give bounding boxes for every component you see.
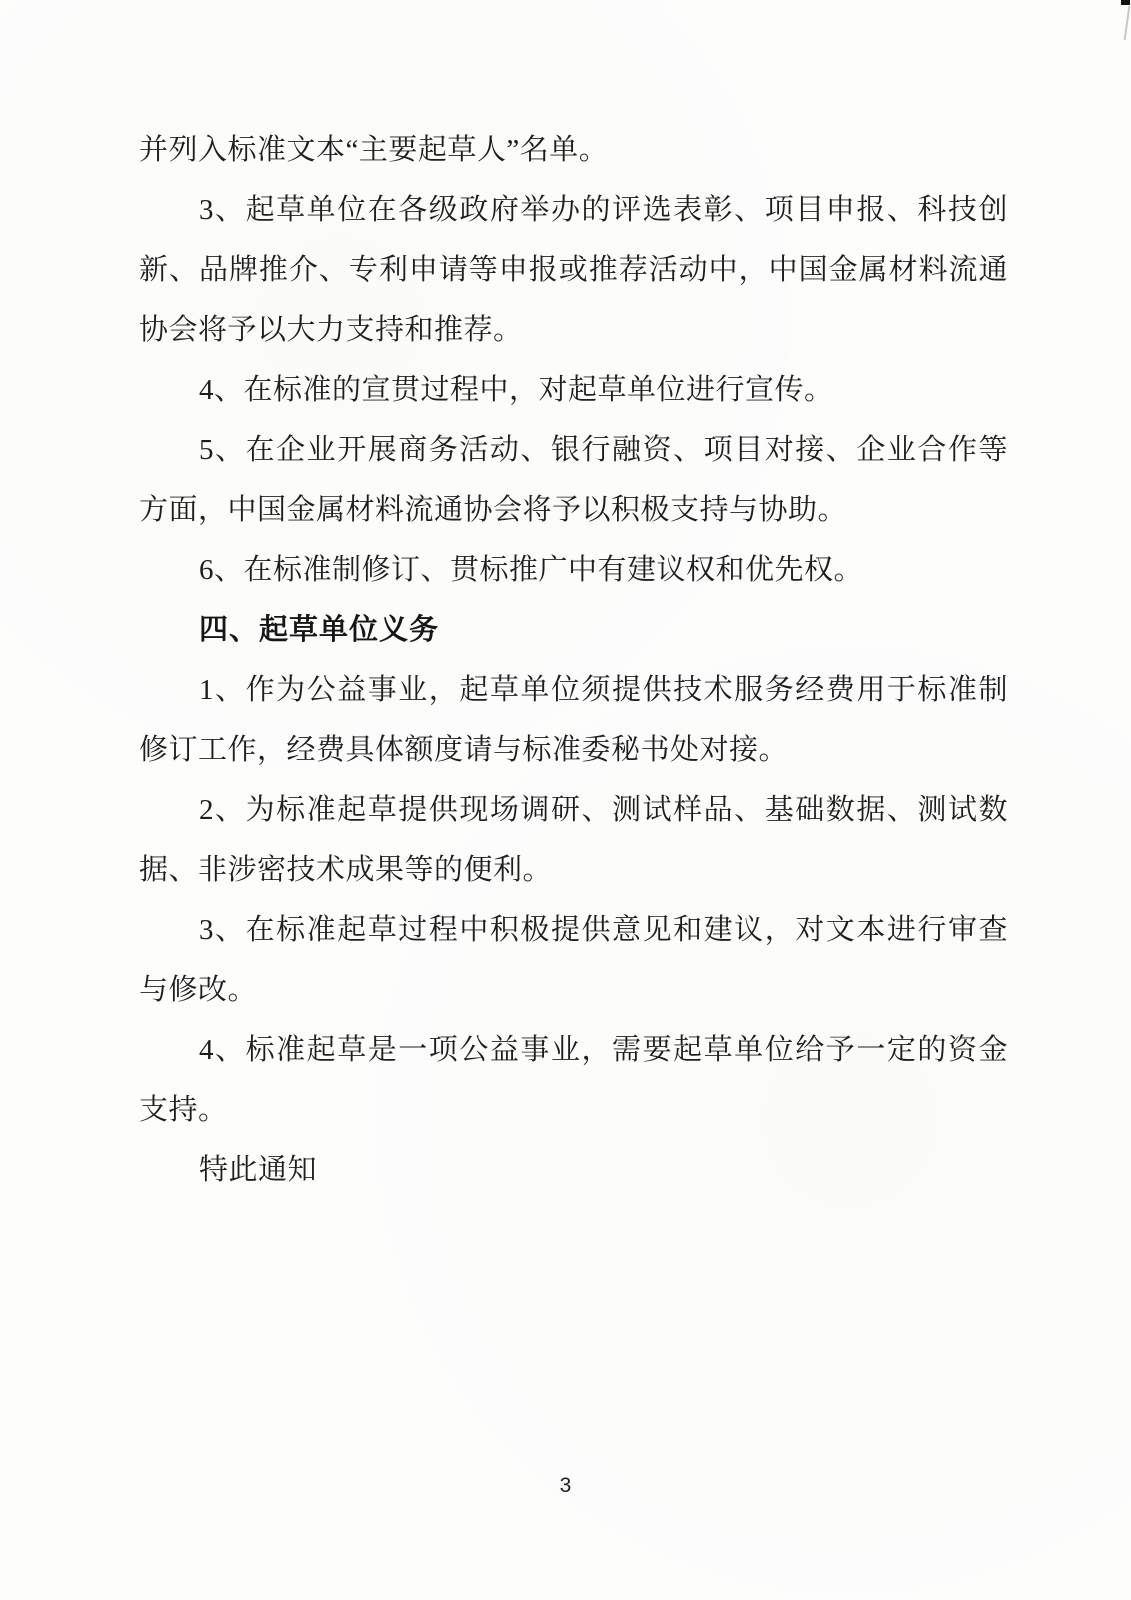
text-line: 1、作为公益事业，起草单位须提供技术服务经费用于标准制 [139, 660, 1008, 720]
text-line: 6、在标准制修订、贯标推广中有建议权和优先权。 [139, 540, 1008, 600]
text-line: 修订工作，经费具体额度请与标准委秘书处对接。 [139, 720, 1008, 780]
section-heading: 四、起草单位义务 [139, 600, 1008, 660]
text-line: 4、标准起草是一项公益事业，需要起草单位给予一定的资金 [139, 1020, 1008, 1080]
text-line: 支持。 [139, 1080, 1008, 1140]
text-line: 并列入标准文本“主要起草人”名单。 [139, 120, 1008, 180]
text-line: 5、在企业开展商务活动、银行融资、项目对接、企业合作等 [139, 420, 1008, 480]
text-line: 新、品牌推介、专利申请等申报或推荐活动中，中国金属材料流通 [139, 240, 1008, 300]
text-line: 特此通知 [139, 1140, 1008, 1200]
text-line: 协会将予以大力支持和推荐。 [139, 300, 1008, 360]
scan-artifact-hairline [1124, 6, 1131, 40]
scanned-document-page: 并列入标准文本“主要起草人”名单。3、起草单位在各级政府举办的评选表彰、项目申报… [0, 0, 1131, 1600]
text-line: 据、非涉密技术成果等的便利。 [139, 840, 1008, 900]
text-line: 2、为标准起草提供现场调研、测试样品、基础数据、测试数 [139, 780, 1008, 840]
scan-artifact-speck [1121, 0, 1130, 5]
text-line: 3、在标准起草过程中积极提供意见和建议，对文本进行审查 [139, 900, 1008, 960]
page-number: 3 [0, 1474, 1131, 1498]
text-line: 与修改。 [139, 960, 1008, 1020]
text-line: 方面，中国金属材料流通协会将予以积极支持与协助。 [139, 480, 1008, 540]
text-line: 4、在标准的宣贯过程中，对起草单位进行宣传。 [139, 360, 1008, 420]
text-line: 3、起草单位在各级政府举办的评选表彰、项目申报、科技创 [139, 180, 1008, 240]
document-body: 并列入标准文本“主要起草人”名单。3、起草单位在各级政府举办的评选表彰、项目申报… [139, 120, 1008, 1200]
